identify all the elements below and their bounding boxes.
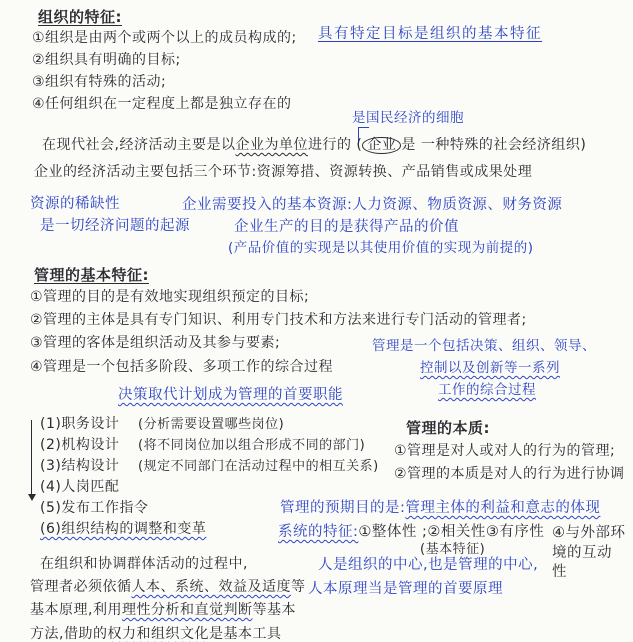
conclusion-line-3-pre: 基本原理,利用 <box>30 602 122 618</box>
mgmt-essence-title: 管理的本质: <box>406 419 490 438</box>
org-feature-item-3: ③组织有特殊的活动; <box>32 74 166 92</box>
conclusion-line-2-pre: 管理者必须依循 <box>30 579 132 595</box>
enterprise-line-1-mid: 进行的 ( <box>308 137 362 153</box>
enterprise-line-1-post: 是 一种特殊的社会经济组织) <box>401 137 586 153</box>
mgmt-essence-item-2: ②管理的本质是对人的行为进行协调 <box>394 466 625 484</box>
production-purpose-note: 企业生产的目的是获得产品的价值 <box>234 218 459 236</box>
org-design-note-3: (规定不同部门在活动过程中的相互关系) <box>138 459 379 475</box>
mgmt-process-note-line-3: 工作的综合过程 <box>438 382 536 399</box>
mgmt-process-note-line-2: 控制以及创新等一系列 <box>420 360 560 377</box>
org-feature-item-1: ①组织是由两个或两个以上的成员构成的; <box>32 30 297 48</box>
human-center-note-1: 人是组织的中心,也是管理的中心, <box>318 556 538 574</box>
org-design-item-1: (1)职务设计 <box>40 416 119 434</box>
enterprise-line-2: 企业的经济活动主要包括三个环节:资源筹措、资源转换、产品销售或成果处理 <box>34 164 532 182</box>
resources-note: 企业需要投入的基本资源:人力资源、物质资源、财务资源 <box>182 196 562 214</box>
scarcity-note-line-1: 资源的稀缺性 <box>30 195 120 213</box>
conclusion-line-2-post: 等 <box>291 579 306 595</box>
conclusion-line-1: 在组织和协调群体活动的过程中, <box>40 556 248 574</box>
conclusion-line-4-post: 是基本工具 <box>209 626 282 642</box>
mgmt-feature-item-4: ④管理是一个包括多阶段、多项工作的综合过程 <box>30 359 333 377</box>
mgmt-essence-item-1: ①管理是对人或对人的行为的管理; <box>394 443 615 461</box>
org-design-note-2: (将不同岗位加以组合形成不同的部门) <box>138 438 365 454</box>
scarcity-note-line-2: 是一切经济问题的起源 <box>40 217 190 235</box>
expected-purpose-text: 管理主体的利益和意志的体现 <box>405 500 600 516</box>
human-center-note-2: 人本原理当是管理的首要原理 <box>308 580 503 598</box>
system-feature-item-4: ④与外部环境的互动性 <box>552 524 626 583</box>
value-premise-note: (产品价值的实现是以其使用价值的实现为前提的) <box>228 240 534 257</box>
mgmt-features-title: 管理的基本特征: <box>34 266 149 285</box>
enterprise-line-1-emphasis: 企业为单位 <box>235 137 308 153</box>
expected-purpose-note: 管理的预期目的是:管理主体的利益和意志的体现 <box>280 499 600 517</box>
conclusion-line-3: 基本原理,利用理性分析和直觉判断等基本 <box>30 602 296 620</box>
system-features-items: ①整体性 ;②相关性③有序性 <box>358 524 544 540</box>
conclusion-line-3-post: 等基本 <box>252 602 296 618</box>
conclusion-line-4-pre: 方法,借助的 <box>30 626 107 642</box>
down-arrow-head <box>28 494 36 501</box>
expected-purpose-label: 管理的预期目的是: <box>280 500 405 516</box>
notes-page: 组织的特征: ①组织是由两个或两个以上的成员构成的; ②组织具有明确的目标; ③… <box>0 0 633 642</box>
org-design-item-2: (2)机构设计 <box>40 437 119 455</box>
down-arrow-line <box>31 420 32 494</box>
org-design-item-6: (6)组织结构的调整和变革 <box>40 521 206 539</box>
enterprise-circled-term: 企业 <box>362 137 401 154</box>
enterprise-line-1-pre: 在现代社会,经济活动主要是以 <box>42 137 235 153</box>
enterprise-cell-note: 是国民经济的细胞 <box>352 110 464 127</box>
conclusion-line-2: 管理者必须依循人本、系统、效益及适度等 <box>30 579 306 597</box>
org-feature-item-4: ④任何组织在一定程度上都是独立存在的 <box>32 96 292 114</box>
org-features-annotation: 具有特定目标是组织的基本特征 <box>318 25 542 43</box>
org-feature-item-2: ②组织具有明确的目标; <box>32 52 181 70</box>
org-design-item-3: (3)结构设计 <box>40 458 119 476</box>
org-design-item-5: (5)发布工作指令 <box>40 500 148 518</box>
org-design-note-1: (分析需要设置哪些岗位) <box>138 417 284 433</box>
conclusion-line-4: 方法,借助的权力和组织文化是基本工具 <box>30 626 281 642</box>
decision-function-note: 决策取代计划成为管理的首要职能 <box>118 386 343 404</box>
org-features-title: 组织的特征: <box>38 8 122 27</box>
enterprise-line-1: 在现代社会,经济活动主要是以企业为单位进行的 (企业是 一种特殊的社会经济组织) <box>42 137 586 155</box>
conclusion-line-2-emphasis: 人本、系统、效益及适度 <box>132 579 292 595</box>
mgmt-feature-item-3: ③管理的客体是组织活动及其参与要素; <box>30 335 280 353</box>
mgmt-feature-item-1: ①管理的目的是有效地实现组织预定的目标; <box>30 289 309 307</box>
mgmt-process-note-line-1: 管理是一个包括决策、组织、领导、 <box>372 338 596 355</box>
system-features-label: 系统的特征: <box>278 524 358 540</box>
mgmt-feature-item-2: ②管理的主体是具有专门知识、利用专门技术和方法来进行专门活动的管理者; <box>30 312 527 330</box>
conclusion-line-4-emphasis: 权力和组织文化 <box>107 626 209 642</box>
conclusion-line-3-emphasis: 理性分析和直觉判断 <box>122 602 253 618</box>
system-features-line: 系统的特征:①整体性 ;②相关性③有序性 <box>278 523 544 541</box>
org-design-item-4: (4)人岗匹配 <box>40 479 119 497</box>
